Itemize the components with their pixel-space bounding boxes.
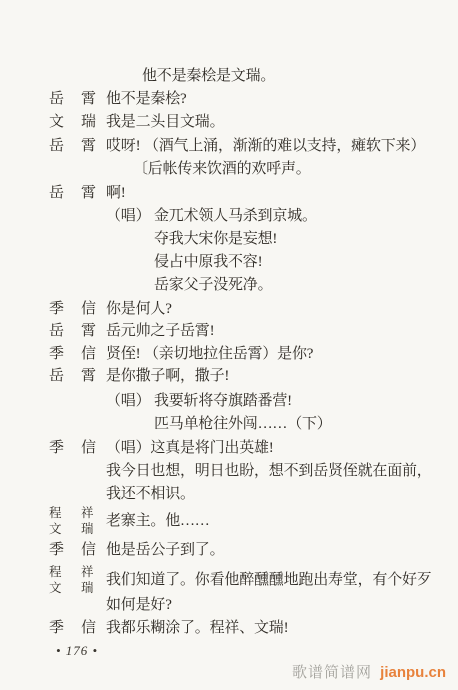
speaker-name-char: 祥: [81, 566, 94, 579]
speaker-name-char: 瑞: [81, 582, 94, 595]
dialogue-text: 老寨主。他……: [106, 514, 210, 529]
script-line: 我今日也想，明日也盼，想不到岳贤侄就在面前，: [106, 464, 432, 479]
speaker-name-char: 季: [49, 302, 64, 317]
dialogue-text: 哎呀! （酒气上涌，渐渐的难以支持，瘫软下来）: [106, 139, 425, 154]
dialogue-text: 他是岳公子到了。: [106, 543, 224, 558]
speaker-name-char: 霄: [81, 139, 96, 154]
speaker-name-char: 季: [49, 543, 64, 558]
watermark-site-name: 歌谱简谱网: [292, 664, 372, 681]
speaker-name-char: 瑞: [81, 115, 96, 130]
page-number: • 176 •: [56, 643, 98, 659]
dialogue-text: 你是何人?: [106, 302, 172, 317]
watermark: 歌谱简谱网 jianpu.cn: [292, 661, 446, 682]
dialogue-text: （唱）这真是将门出英雄!: [106, 441, 274, 456]
dialogue-text: 我都乐糊涂了。程祥、文瑞!: [106, 621, 288, 636]
speaker-name-char: 霄: [81, 324, 96, 339]
speaker-name-char: 程: [49, 566, 62, 579]
script-line: 岳家父子没死净。: [154, 278, 272, 293]
speaker-name-char: 信: [81, 441, 96, 456]
dialogue-text: 我们知道了。你看他醉醺醺地跑出寿堂，有个好歹: [106, 573, 432, 588]
script-line: 〔后帐传来饮酒的欢呼声。: [133, 162, 311, 177]
watermark-site-url: jianpu.cn: [380, 664, 446, 681]
speaker-name-char: 程: [49, 507, 62, 520]
speaker-name-char: 信: [81, 543, 96, 558]
speaker-name-char: 文: [49, 582, 62, 595]
dialogue-text: 是你撒子啊，撒子!: [106, 369, 229, 384]
speaker-name-char: 霄: [81, 369, 96, 384]
scanned-script-page: 他不是秦桧是文瑞。岳霄他不是秦桧?文瑞我是二头目文瑞。岳霄哎呀! （酒气上涌，渐…: [0, 0, 458, 690]
speaker-name-char: 季: [49, 441, 64, 456]
script-line: 他不是秦桧是文瑞。: [142, 69, 275, 84]
speaker-name-char: 岳: [49, 324, 64, 339]
speaker-name-char: 岳: [49, 369, 64, 384]
speaker-name-char: 祥: [81, 507, 94, 520]
dialogue-text: 我是二头目文瑞。: [106, 115, 224, 130]
script-line: 侵占中原我不容!: [154, 255, 262, 270]
speaker-name-char: 岳: [49, 92, 64, 107]
dialogue-text: 他不是秦桧?: [106, 92, 186, 107]
speaker-name-char: 信: [81, 621, 96, 636]
speaker-name-char: 季: [49, 621, 64, 636]
script-line: 我还不相识。: [106, 487, 195, 502]
dialogue-text: 啊!: [106, 186, 126, 201]
speaker-name-char: 季: [49, 347, 64, 362]
speaker-name-char: 文: [49, 115, 64, 130]
speaker-name-char: 霄: [81, 186, 96, 201]
dialogue-text: 岳元帅之子岳霄!: [106, 324, 214, 339]
script-line: 匹马单枪往外闯……（下）: [154, 417, 332, 432]
speaker-name-char: 信: [81, 347, 96, 362]
script-line: 如何是好?: [106, 598, 172, 613]
speaker-name-char: 岳: [49, 139, 64, 154]
dialogue-text: 贤侄! （亲切地拉住岳霄）是你?: [106, 347, 313, 362]
speaker-name-char: 霄: [81, 92, 96, 107]
speaker-name-char: 信: [81, 302, 96, 317]
script-line: 夺我大宋你是妄想!: [154, 232, 277, 247]
speaker-name-char: 文: [49, 523, 62, 536]
speaker-name-char: 岳: [49, 186, 64, 201]
speaker-name-char: 瑞: [81, 523, 94, 536]
script-line: （唱） 我要斩将夺旗踏番营!: [106, 394, 292, 409]
script-line: （唱） 金兀术领人马杀到京城。: [106, 209, 317, 224]
